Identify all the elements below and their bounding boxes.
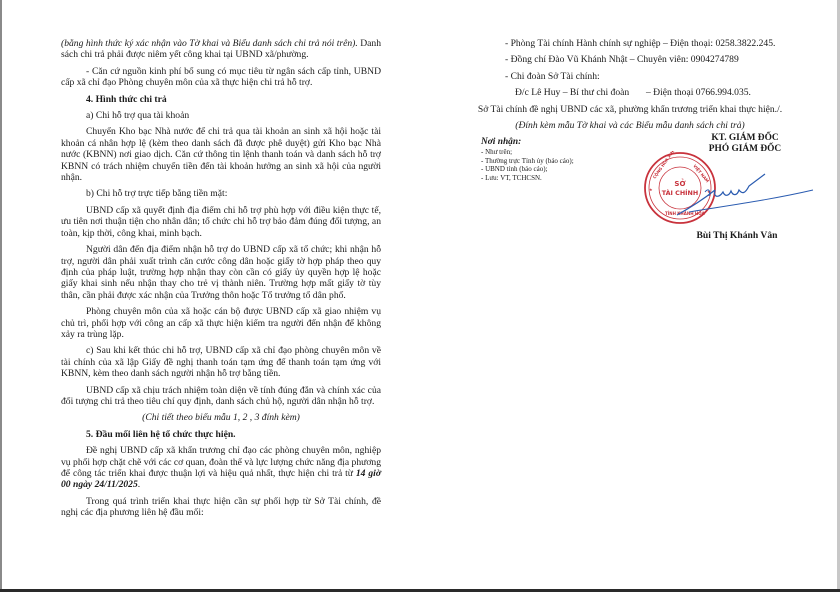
contact-sub-line: Đ/c Lê Huy – Bí thư chi đoàn – Điện thoạ… (475, 87, 815, 98)
subheading-a: a) Chi hỗ trợ qua tài khoản (61, 110, 381, 121)
recipients-title: Nơi nhận: (481, 137, 621, 148)
document-page-right: - Phòng Tài chính Hành chính sự nghiệp –… (475, 38, 815, 136)
recipient-item: - Thường trực Tỉnh ủy (báo cáo); (481, 157, 621, 166)
recipient-item: - Như trên; (481, 148, 621, 157)
section-heading-5: 5. Đầu mối liên hệ tổ chức thực hiện. (61, 429, 381, 440)
paragraph-6: Trong quá trình triển khai thực hiện cần… (61, 496, 381, 519)
paragraph-a: Chuyển Kho bạc Nhà nước để chi trả qua t… (61, 126, 381, 183)
recipient-item: - UBND tỉnh (báo cáo); (481, 165, 621, 174)
recipients-block: Nơi nhận: - Như trên; - Thường trực Tỉnh… (481, 137, 621, 182)
viewer-left-border (0, 0, 2, 589)
paragraph-c2: UBND cấp xã chịu trách nhiệm toàn diện v… (61, 385, 381, 408)
recipient-item: - Lưu: VT, TCHCSN. (481, 174, 621, 183)
subheading-b: b) Chi hỗ trợ trực tiếp bằng tiền mặt: (61, 188, 381, 199)
contact-line: - Phòng Tài chính Hành chính sự nghiệp –… (475, 38, 815, 49)
signer-line1: KT. GIÁM ĐỐC (690, 133, 800, 144)
detail-note: (Chi tiết theo biểu mẫu 1, 2 , 3 đính kè… (61, 412, 381, 423)
closing-statement: Sở Tài chính đề nghị UBND các xã, phường… (445, 104, 815, 115)
attachment-note: (Đính kèm mẫu Tờ khai và các Biểu mẫu da… (445, 120, 815, 131)
paragraph-c: c) Sau khi kết thúc chi hỗ trợ, UBND cấp… (61, 345, 381, 379)
paragraph-b1: UBND cấp xã quyết định địa điểm chi hỗ t… (61, 205, 381, 239)
paragraph-funding: - Căn cứ nguồn kinh phí bổ sung có mục t… (61, 66, 381, 89)
signature-icon (675, 170, 815, 220)
signer-name: Bùi Thị Khánh Vân (672, 230, 802, 241)
contact-line: - Đồng chí Đào Vũ Khánh Nhật – Chuyên vi… (475, 54, 815, 65)
svg-text:★: ★ (649, 187, 653, 192)
section-heading-4: 4. Hình thức chi trả (61, 94, 381, 105)
paragraph-b2: Người dân đến địa điểm nhận hỗ trợ do UB… (61, 244, 381, 301)
contact-line: - Chi đoàn Sở Tài chính: (475, 71, 815, 82)
paragraph-b3: Phòng chuyên môn của xã hoặc cán bộ được… (61, 306, 381, 340)
paragraph-5: Đề nghị UBND cấp xã khẩn trương chỉ đạo … (61, 445, 381, 491)
paragraph-confirmation: (bằng hình thức ký xác nhận vào Tờ khai … (61, 38, 381, 61)
document-page-left: (bằng hình thức ký xác nhận vào Tờ khai … (61, 38, 381, 524)
